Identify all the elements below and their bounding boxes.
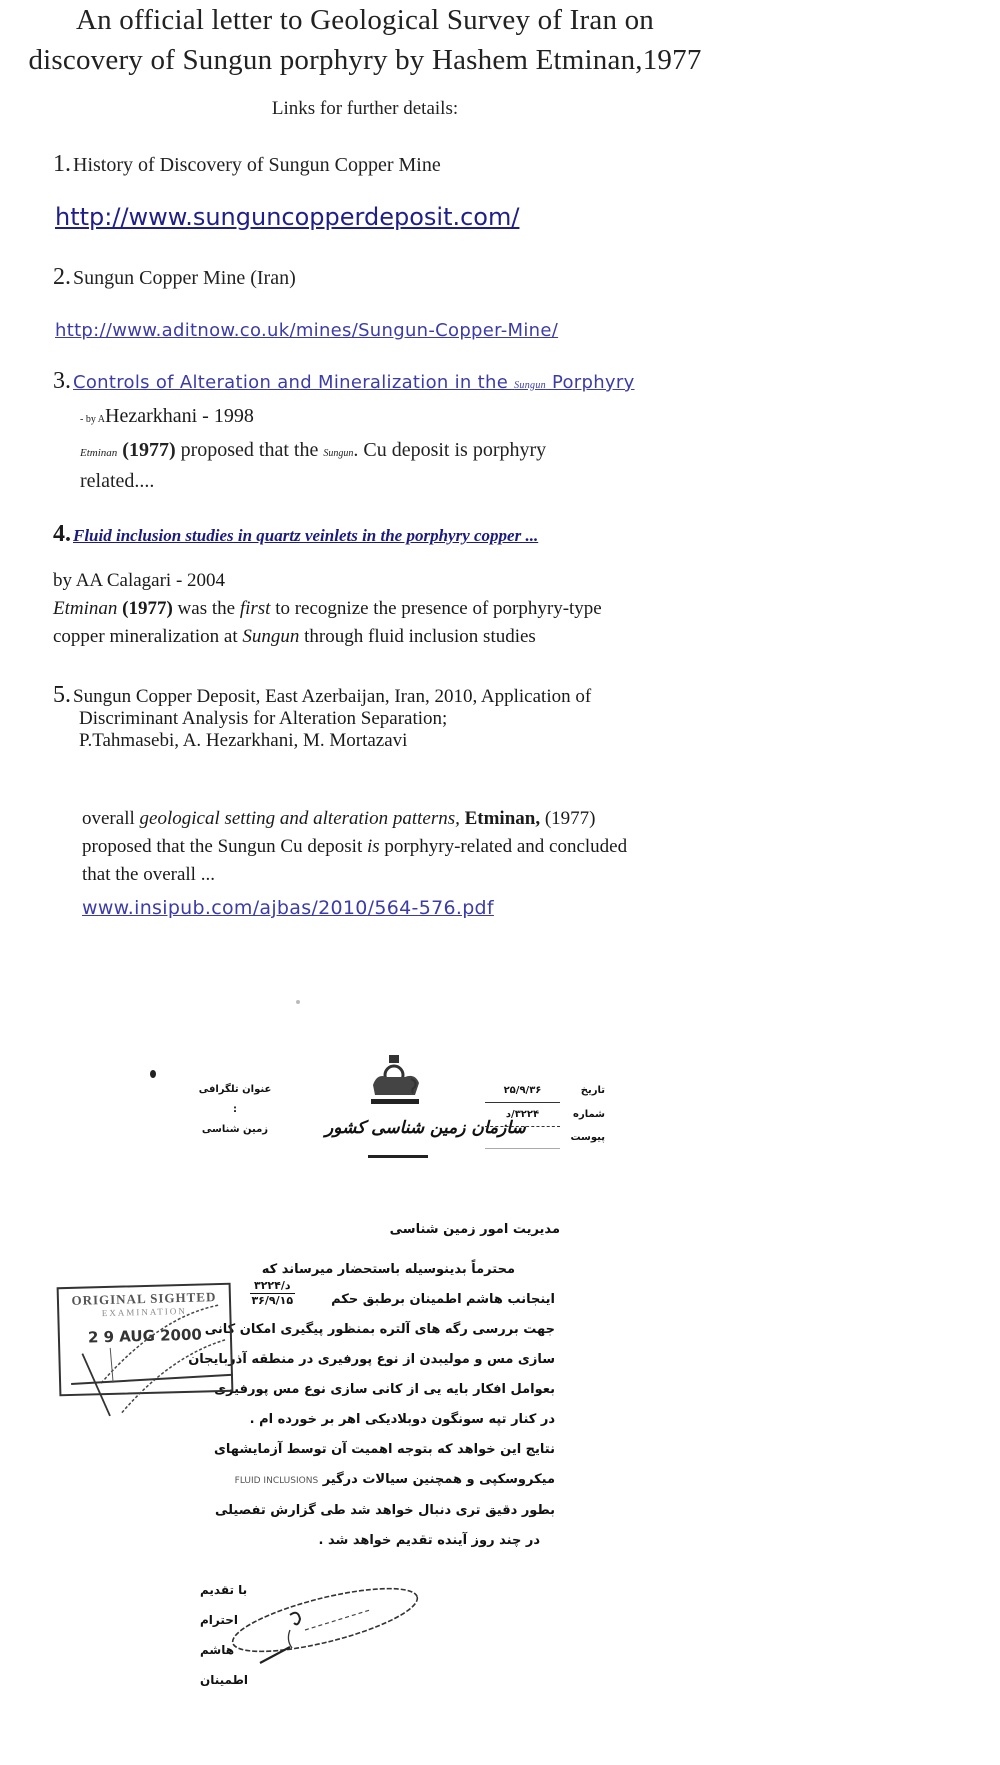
order-reference-fraction: ۳۲۲۴/د ۳۶/۹/۱۵ <box>250 1279 295 1308</box>
fluid-inclusions-typed-text: FLUID INCLUSIONS <box>235 1476 319 1486</box>
page-title-line-2: discovery of Sungun porphyry by Hashem E… <box>0 40 730 80</box>
links-subtitle: Links for further details: <box>0 98 730 120</box>
letter-body: محترماً بدینوسیله باستحضار میرساند که ای… <box>220 1255 555 1556</box>
scanned-letter: سازمان زمین شناسی کشور عنوان تلگرافی : ز… <box>0 960 1000 1765</box>
scan-speck <box>296 1000 300 1004</box>
reference-3-heading: 3.Controls of Alteration and Mineralizat… <box>53 368 635 395</box>
stamp-scribble-icon <box>59 1285 237 1420</box>
letter-number-label: شماره <box>573 1104 605 1127</box>
letter-date-label: تاریخ <box>581 1080 605 1103</box>
reference-3-snippet: Etminan (1977) proposed that the Sungun.… <box>80 435 546 469</box>
reference-4-number: 4. <box>53 521 71 547</box>
received-stamp: ORIGINAL SIGHTED EXAMINATION 2 9 AUG 200… <box>57 1283 234 1397</box>
reference-5-link[interactable]: www.insipub.com/ajbas/2010/564-576.pdf <box>82 897 494 919</box>
page-title-line-1: An official letter to Geological Survey … <box>0 0 730 40</box>
reference-4-byline: by AA Calagari - 2004 <box>53 570 225 592</box>
reference-2-number: 2. <box>53 264 71 290</box>
lion-and-sun-emblem-icon <box>365 1055 425 1110</box>
reference-4-link[interactable]: Fluid inclusion studies in quartz veinle… <box>73 526 538 545</box>
reference-5-number: 5. <box>53 682 71 708</box>
reference-2-link[interactable]: http://www.aditnow.co.uk/mines/Sungun-Co… <box>55 320 558 341</box>
letter-attachment-label: پیوست <box>570 1127 605 1149</box>
letter-number-value: ۳۲۲۴/د <box>485 1104 560 1127</box>
reference-5-title: 5.Sungun Copper Deposit, East Azerbaijan… <box>53 684 591 752</box>
signature-icon <box>230 1575 420 1675</box>
letterhead-telegraph-address: عنوان تلگرافی : زمین شناسی <box>195 1080 275 1140</box>
reference-4-snippet: Etminan (1977) was the first to recogniz… <box>53 598 602 620</box>
letterhead-meta: ۲۵/۹/۳۶ تاریخ ۳۲۲۴/د شماره پیوست <box>485 1080 605 1149</box>
letterhead-rule <box>368 1155 428 1158</box>
reference-3-byline: - by AHezarkhani - 1998 <box>80 405 254 428</box>
reference-1-title: 1.History of Discovery of Sungun Copper … <box>53 151 441 178</box>
reference-2-title: 2.Sungun Copper Mine (Iran) <box>53 264 296 291</box>
reference-5-authors: P.Tahmasebi, A. Hezarkhani, M. Mortazavi <box>53 730 407 751</box>
reference-1-number: 1. <box>53 151 71 177</box>
letter-date-value: ۲۵/۹/۳۶ <box>485 1080 560 1103</box>
letter-recipient: مدیریت امور زمین شناسی <box>340 1222 560 1237</box>
reference-3-link[interactable]: Controls of Alteration and Mineralizatio… <box>73 372 635 393</box>
reference-3-snippet-line-2: related.... <box>80 466 154 496</box>
reference-1-link[interactable]: http://www.sunguncopperdeposit.com/ <box>55 203 519 231</box>
reference-4-heading: 4.Fluid inclusion studies in quartz vein… <box>53 521 538 548</box>
scan-speck <box>150 1070 156 1078</box>
reference-5-snippet: overall geological setting and alteratio… <box>82 805 627 889</box>
reference-3-number: 3. <box>53 368 71 394</box>
reference-4-snippet-line-2: copper mineralization at Sungun through … <box>53 626 536 648</box>
